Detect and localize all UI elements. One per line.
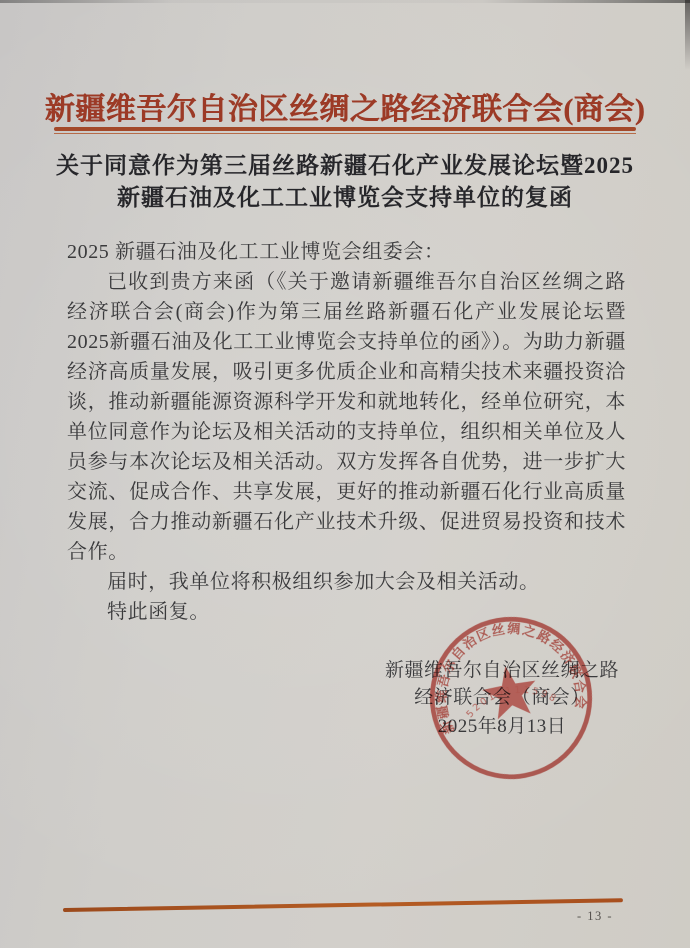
footer-divider-line xyxy=(63,898,623,911)
letterhead-title: 新疆维吾尔自治区丝绸之路经济联合会(商会) xyxy=(0,84,690,128)
letterhead-divider-thick-line xyxy=(54,127,636,131)
letterhead-divider-thin-line xyxy=(54,133,636,135)
document-subject: 关于同意作为第三届丝路新疆石化产业发展论坛暨2025 新疆石油及化工工业博览会支… xyxy=(30,150,660,214)
body-paragraph-1: 已收到贵方来函（《关于邀请新疆维吾尔自治区丝绸之路经济联合会(商会)作为第三届丝… xyxy=(67,267,626,567)
photo-top-edge-shadow xyxy=(0,0,690,3)
page-number: - 13 - xyxy=(577,909,613,924)
subject-line-1: 关于同意作为第三届丝路新疆石化产业发展论坛暨2025 xyxy=(30,150,660,182)
scanned-letter-page: 新疆维吾尔自治区丝绸之路经济联合会(商会) 关于同意作为第三届丝路新疆石化产业发… xyxy=(0,0,690,948)
body-paragraph-2: 届时，我单位将积极组织参加大会及相关活动。 xyxy=(67,567,626,597)
photo-right-edge-shadow xyxy=(685,0,690,70)
salutation: 2025 新疆石油及化工工业博览会组委会： xyxy=(67,237,626,267)
letterhead-divider xyxy=(54,127,636,134)
official-seal-stamp: 新疆维吾尔自治区丝绸之路经济联合会 52010111598 xyxy=(414,601,609,796)
letter-body: 2025 新疆石油及化工工业博览会组委会： 已收到贵方来函（《关于邀请新疆维吾尔… xyxy=(67,237,626,627)
subject-line-2: 新疆石油及化工工业博览会支持单位的复函 xyxy=(30,182,660,214)
